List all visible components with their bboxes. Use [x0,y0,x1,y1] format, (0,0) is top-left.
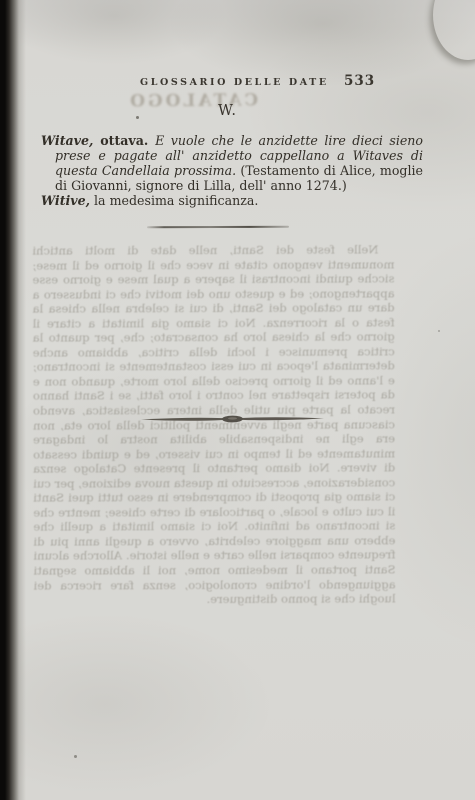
entry-gloss: la medesima significanza. [90,193,258,208]
binding-gutter-shadow [0,0,26,800]
running-title: GLOSSARIO DELLE DATE [140,77,329,88]
entry-headword: Witive, [41,193,90,208]
page-number: 533 [344,73,375,89]
end-ornament [139,411,326,426]
entry-headword: Witave, [41,133,93,148]
glossary-entries: Witave, ottava. E vuole che le anzidette… [41,134,423,209]
entry-gloss: ottava. [93,133,155,148]
ink-speck [74,755,77,758]
entry-witive: Witive, la medesima significanza. [41,194,423,209]
ink-speck [438,330,440,332]
page-curl-shadow [433,0,475,60]
section-divider-rule [147,226,289,229]
scanned-book-page: GLOSSARIO DELLE DATE 533 CATALOGO W. Wit… [0,0,475,800]
section-letter-w: W. [0,103,455,119]
ink-speck [136,116,139,119]
entry-witave: Witave, ottava. E vuole che le anzidette… [41,134,423,194]
